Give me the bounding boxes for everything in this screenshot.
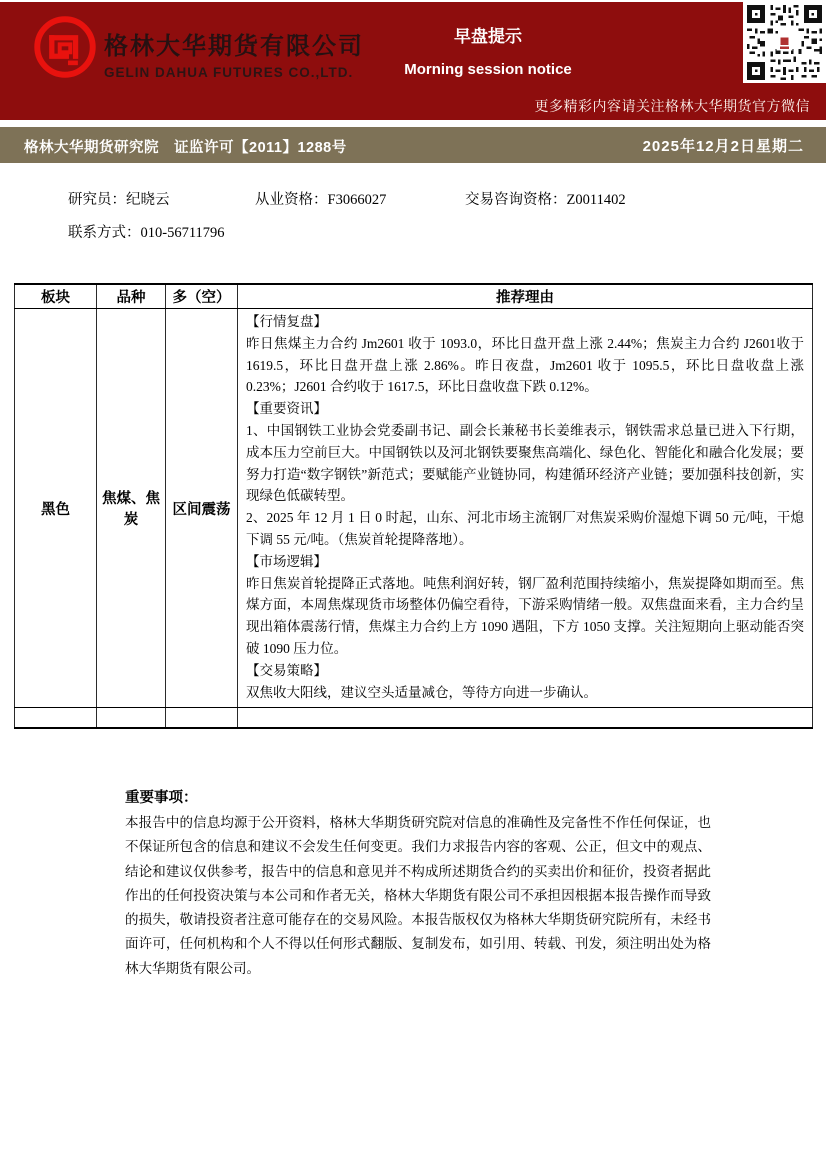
report-date: 2025年12月2日星期二 — [643, 135, 804, 156]
disclaimer-section: 重要事项： 本报告中的信息均源于公开资料，格林大华期货研究院对信息的准确性及完备… — [125, 786, 711, 981]
researcher-contact: 联系方式：010-56711796 — [68, 221, 225, 242]
report-title-block: 早盘提示 Morning session notice — [368, 22, 608, 78]
col-header-sector: 板块 — [15, 284, 97, 309]
gelin-dahua-logo-icon — [32, 14, 98, 98]
company-name-en: GELIN DAHUA FUTURES CO.,LTD. — [104, 65, 404, 80]
disclaimer-body: 本报告中的信息均源于公开资料，格林大华期货研究院对信息的准确性及完备性不作任何保… — [125, 811, 711, 981]
reason-paragraph: 【重要资讯】 — [246, 398, 804, 420]
morning-notice-page: { "header": { "company_cn": "格林大华期货有限公司"… — [0, 0, 826, 1169]
table-empty-row — [15, 708, 813, 728]
company-name-block: 格林大华期货有限公司 GELIN DAHUA FUTURES CO.,LTD. — [104, 26, 404, 80]
institute-license-text: 格林大华期货研究院 证监许可【2011】1288号 — [24, 136, 347, 157]
table-header-row: 板块 品种 多（空） 推荐理由 — [15, 284, 813, 309]
col-header-reason: 推荐理由 — [238, 284, 813, 309]
recommendation-table: 板块 品种 多（空） 推荐理由 黑色 焦煤、焦炭 区间震荡 【行情复盘】昨日焦煤… — [14, 283, 813, 729]
wechat-note-text: 更多精彩内容请关注格林大华期货官方微信 — [535, 96, 811, 116]
reason-paragraph: 【市场逻辑】 — [246, 551, 804, 573]
researcher-advisory-qualification: 交易咨询资格：Z0011402 — [465, 188, 626, 209]
reason-paragraph: 昨日焦煤主力合约 Jm2601 收于 1093.0，环比日盘开盘上涨 2.44%… — [246, 333, 804, 398]
cell-position: 区间震荡 — [166, 309, 238, 708]
reason-paragraph: 【行情复盘】 — [246, 311, 804, 333]
cell-sector: 黑色 — [15, 309, 97, 708]
disclaimer-title: 重要事项： — [125, 786, 711, 807]
report-title-en: Morning session notice — [368, 61, 608, 78]
license-bar: 格林大华期货研究院 证监许可【2011】1288号 2025年12月2日星期二 — [0, 127, 826, 163]
reason-paragraph: 2、2025 年 12 月 1 日 0 时起，山东、河北市场主流钢厂对焦炭采购价… — [246, 507, 804, 551]
cell-reason: 【行情复盘】昨日焦煤主力合约 Jm2601 收于 1093.0，环比日盘开盘上涨… — [238, 309, 813, 708]
reason-paragraph: 【交易策略】 — [246, 660, 804, 682]
researcher-info-row: 研究员：纪晓云 从业资格：F3066027 交易咨询资格：Z0011402 — [0, 188, 826, 208]
report-title-cn: 早盘提示 — [368, 22, 608, 47]
wechat-qr-code — [743, 2, 826, 83]
company-name-cn: 格林大华期货有限公司 — [104, 26, 404, 61]
reason-paragraph: 1、中国钢铁工业协会党委副书记、副会长兼秘书长姜维表示，钢铁需求总量已进入下行期… — [246, 420, 804, 507]
top-banner: 格林大华期货有限公司 GELIN DAHUA FUTURES CO.,LTD. … — [0, 2, 826, 120]
researcher-qualification: 从业资格：F3066027 — [255, 188, 386, 209]
researcher-name: 研究员：纪晓云 — [68, 188, 170, 209]
table-row: 黑色 焦煤、焦炭 区间震荡 【行情复盘】昨日焦煤主力合约 Jm2601 收于 1… — [15, 309, 813, 708]
col-header-position: 多（空） — [166, 284, 238, 309]
reason-paragraph: 双焦收大阳线，建议空头适量减仓，等待方向进一步确认。 — [246, 682, 804, 704]
col-header-variety: 品种 — [97, 284, 166, 309]
cell-variety: 焦煤、焦炭 — [97, 309, 166, 708]
reason-paragraph: 昨日焦炭首轮提降正式落地。吨焦利润好转，钢厂盈利范围持续缩小，焦炭提降如期而至。… — [246, 573, 804, 660]
